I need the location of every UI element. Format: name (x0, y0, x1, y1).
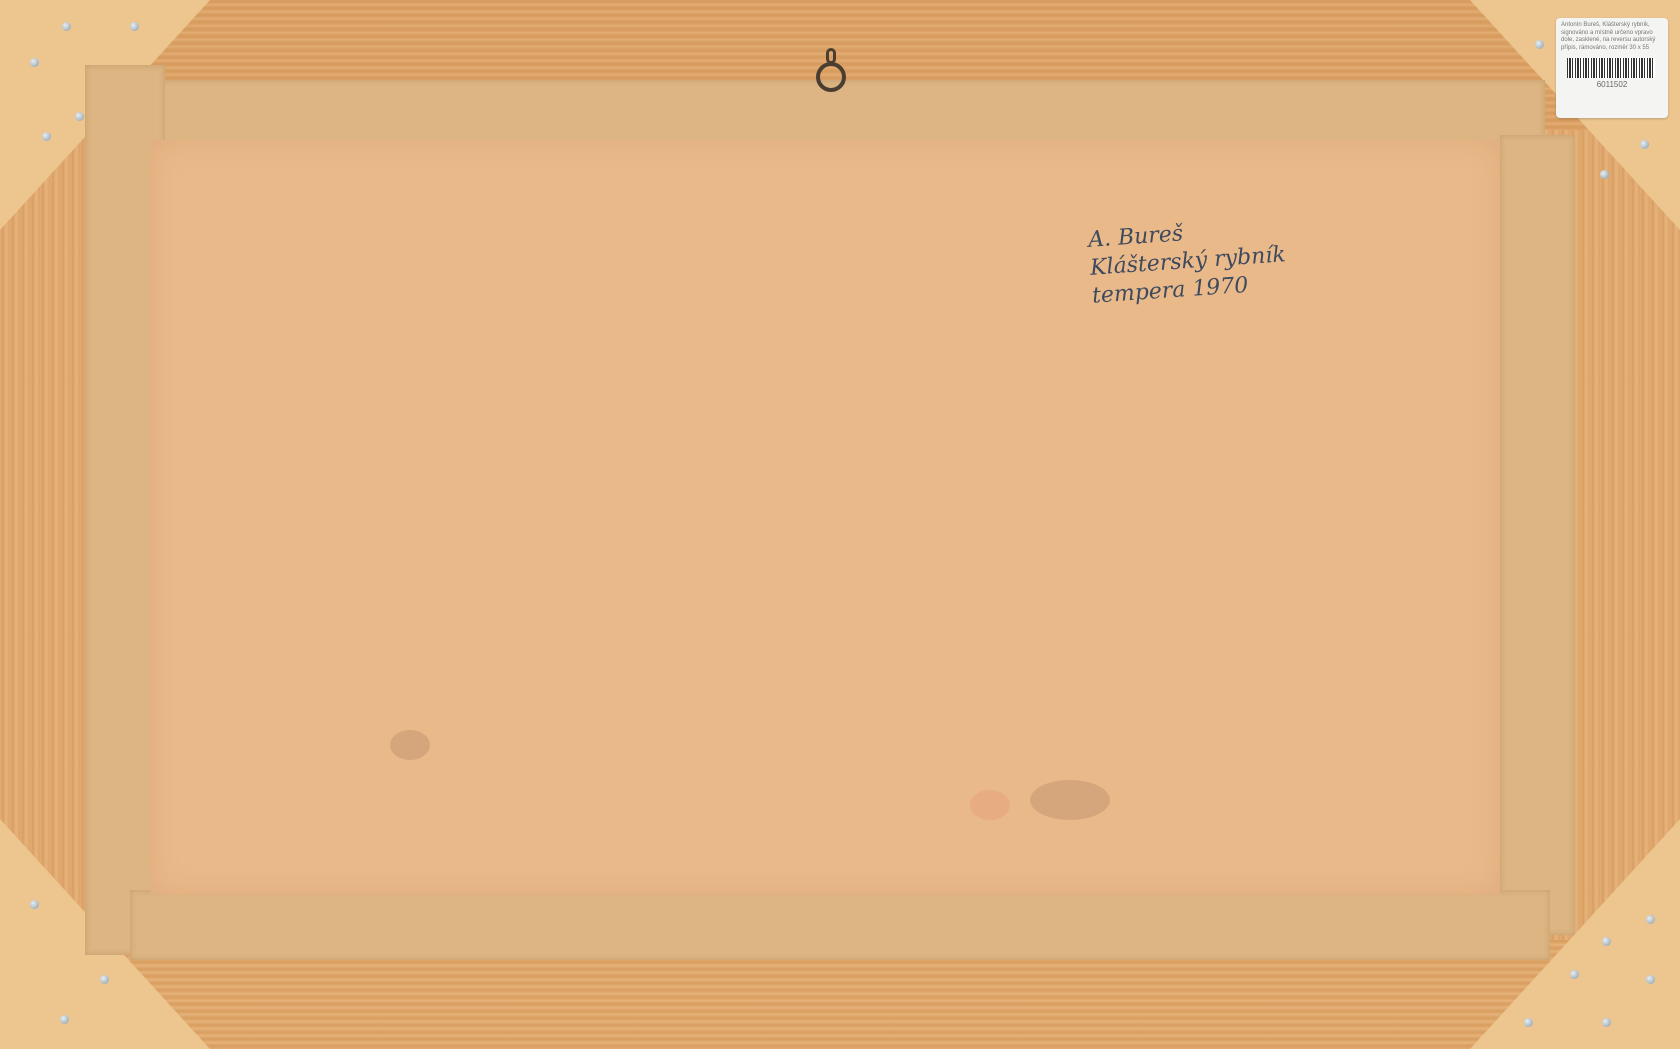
hanging-ring-icon (816, 62, 846, 92)
nail-icon (1646, 975, 1655, 984)
stain (390, 730, 430, 760)
barcode-icon (1567, 58, 1655, 78)
nail-icon (30, 900, 39, 909)
nail-icon (1570, 970, 1579, 979)
nail-icon (62, 22, 71, 31)
tape-right (1500, 135, 1575, 935)
label-text: Antonín Bureš, Klášterský rybník, signov… (1561, 22, 1663, 52)
nail-icon (1602, 1018, 1611, 1027)
nail-icon (30, 58, 39, 67)
nail-icon (60, 1015, 69, 1024)
nail-icon (1524, 1018, 1533, 1027)
stain (1030, 780, 1110, 820)
nail-icon (1600, 170, 1609, 179)
nail-icon (130, 22, 139, 31)
stain (970, 790, 1010, 820)
tape-bottom (130, 890, 1550, 960)
nail-icon (75, 112, 84, 121)
barcode-number: 6011502 (1561, 80, 1663, 89)
nail-icon (100, 975, 109, 984)
nail-icon (1602, 937, 1611, 946)
nail-icon (42, 132, 51, 141)
nail-icon (1535, 40, 1544, 49)
kraft-paper-backing (150, 140, 1500, 895)
nail-icon (1640, 140, 1649, 149)
handwritten-inscription: A. Bureš Klášterský rybník tempera 1970 (1087, 213, 1288, 310)
nail-icon (1646, 915, 1655, 924)
inventory-label: Antonín Bureš, Klášterský rybník, signov… (1556, 18, 1668, 118)
